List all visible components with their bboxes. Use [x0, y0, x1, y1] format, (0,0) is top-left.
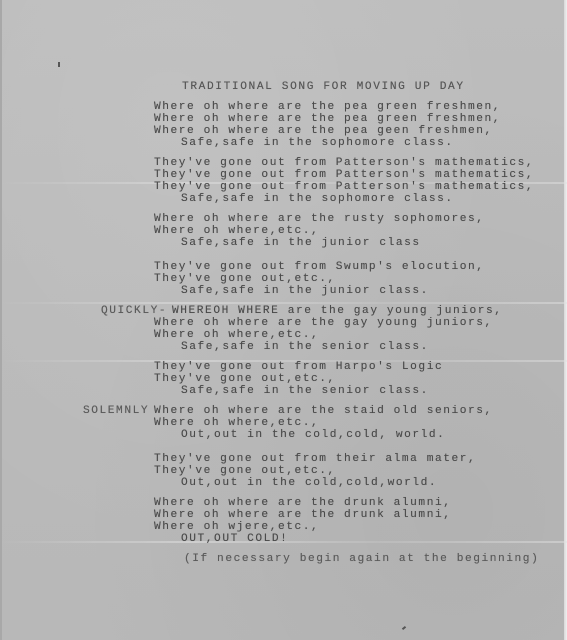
verse-line: They've gone out,etc., — [154, 373, 336, 385]
verse-line: They've gone out from Swump's elocution, — [154, 261, 485, 273]
verse-line: Where oh where are the staid old seniors… — [154, 405, 493, 417]
performance-cue: SOLEMNLY — [83, 405, 149, 417]
paper-fold — [0, 302, 567, 304]
refrain-line: Safe,safe in the sophomore class. — [181, 193, 454, 205]
verse-line: They've gone out from Patterson's mathem… — [154, 181, 534, 193]
verse-line: Where oh where,etc., — [154, 417, 319, 429]
refrain-line: Safe,safe in the junior class — [181, 237, 421, 249]
verse-line: WHEREOH WHERE are the gay young juniors, — [172, 305, 503, 317]
verse-line: Where oh where are the pea geen freshmen… — [154, 125, 493, 137]
verse-line: Where oh where are the drunk alumni, — [154, 509, 452, 521]
verse-line: They've gone out from their alma mater, — [154, 453, 476, 465]
verse-line: They've gone out from Patterson's mathem… — [154, 169, 534, 181]
verse-line: Where oh where are the pea green freshme… — [154, 101, 501, 113]
verse-line: Where oh where are the gay young juniors… — [154, 317, 493, 329]
refrain-line: Safe,safe in the senior class. — [181, 341, 429, 353]
refrain-line: OUT,OUT COLD! — [181, 533, 288, 545]
performance-cue: QUICKLY- — [101, 305, 167, 317]
verse-line: Where oh wjere,etc., — [154, 521, 319, 533]
verse-line: They've gone out from Harpo's Logic — [154, 361, 443, 373]
verse-line: Where oh where are the rusty sophomores, — [154, 213, 485, 225]
refrain-line: Safe,safe in the junior class. — [181, 285, 429, 297]
typewritten-page: TRADITIONAL SONG FOR MOVING UP DAY Where… — [0, 0, 567, 640]
refrain-line: Out,out in the cold,cold,world. — [181, 477, 437, 489]
paper-edge-left — [0, 0, 2, 640]
verse-line: Where oh where are the drunk alumni, — [154, 497, 452, 509]
refrain-line: Safe,safe in the senior class. — [181, 385, 429, 397]
refrain-line: Safe,safe in the sophomore class. — [181, 137, 454, 149]
ink-speck — [58, 62, 60, 67]
footer-note: (If necessary begin again at the beginni… — [184, 553, 539, 565]
verse-line: They've gone out,etc., — [154, 465, 336, 477]
verse-line: They've gone out,etc., — [154, 273, 336, 285]
refrain-line: Out,out in the cold,cold, world. — [181, 429, 445, 441]
verse-line: Where oh where are the pea green freshme… — [154, 113, 501, 125]
verse-line: Where oh where,etc., — [154, 329, 319, 341]
verse-line: Where oh where,etc., — [154, 225, 319, 237]
ink-speck — [402, 626, 406, 630]
verse-line: They've gone out from Patterson's mathem… — [154, 157, 534, 169]
song-title: TRADITIONAL SONG FOR MOVING UP DAY — [182, 81, 465, 93]
